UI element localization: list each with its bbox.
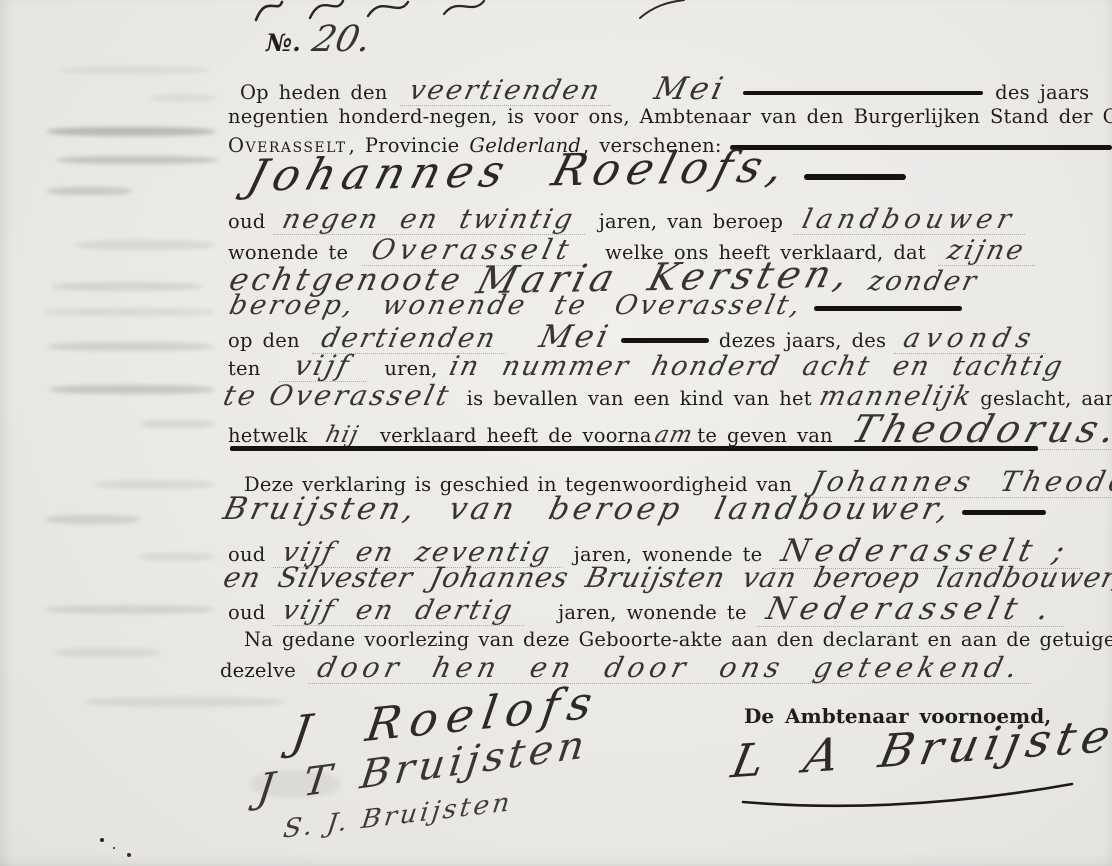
fillin-child-name: Theodorus. <box>843 410 1112 450</box>
printed-fragment: jaren, wonende te <box>558 601 747 624</box>
bleedthrough-smudge <box>45 515 140 524</box>
printed-fragment: oud <box>228 210 265 233</box>
filler-dash <box>814 306 962 311</box>
bleedthrough-smudge <box>140 420 215 428</box>
bleedthrough-smudge <box>50 385 215 394</box>
handwritten-birth-month: Mei <box>537 322 615 353</box>
line-date-intro: Op heden den veertienden Mei des jaars <box>240 74 1089 106</box>
line-closing-1: Na gedane voorlezing van deze Geboorte-a… <box>244 628 1112 651</box>
handwritten-pronoun: hij <box>323 424 361 447</box>
printed-fragment: jaren, van beroep <box>599 210 783 233</box>
line-birth-hour-house: ten vijf uren, in nummer honderd acht en… <box>228 352 1063 382</box>
handwritten-daypart: avonds <box>901 325 1039 352</box>
handwritten-age: negen en twintig <box>280 206 578 233</box>
filler-dash <box>743 91 983 95</box>
separator-rule <box>230 446 1038 451</box>
handwritten-profession: landbouwer <box>800 206 1019 233</box>
fillin-hour: vijf <box>279 352 367 382</box>
printed-fragment: Na gedane voorlezing van deze Geboorte-a… <box>244 628 1112 651</box>
printed-fragment: des jaars <box>995 81 1089 104</box>
fillin-signed-clause: door hen en door ons geteekend. <box>308 654 1031 684</box>
handwritten-residence: Nederasselt . <box>763 594 1057 625</box>
handwritten-signed-clause: door hen en door ons geteekend. <box>315 654 1025 682</box>
bleedthrough-smudge <box>52 282 202 291</box>
printed-fragment: hetwelk <box>228 424 308 447</box>
handwritten-house-number: in nummer honderd acht en tachtig <box>446 353 1066 380</box>
bleedthrough-smudge <box>47 187 132 195</box>
line-witness1-profession: Bruijsten, van beroep landbouwer, <box>224 494 1046 525</box>
line-year-officer: negentien honderd-negen, is voor ons, Am… <box>228 105 1112 128</box>
handwritten-gender: mannelijk <box>817 383 976 410</box>
line-wife-residence: beroep, wonende te Overasselt, <box>230 292 962 319</box>
bleedthrough-smudge <box>45 308 215 316</box>
fillin-witness2-age: vijf en dertig <box>273 597 524 626</box>
bleedthrough-smudge <box>48 342 213 351</box>
act-number: №. 20. <box>266 22 370 58</box>
printed-fragment: ten <box>228 357 261 380</box>
handwritten-insert: am <box>652 424 695 447</box>
line-closing-2: dezelve door hen en door ons geteekend. <box>220 654 1031 684</box>
line-witness2: en Silvester Johannes Bruijsten van bero… <box>224 564 1112 592</box>
printed-fragment: negentien honderd-negen, is voor ons, Am… <box>228 105 1112 128</box>
printed-fragment: dezelve <box>220 659 296 682</box>
printed-fragment: op den <box>228 329 300 352</box>
handwritten-witness2-name: en Silvester Johannes Bruijsten van bero… <box>221 564 1112 592</box>
ink-speckles <box>100 838 104 842</box>
filler-dash <box>962 510 1046 515</box>
handwritten-declarant-name: Johannes Roelofs, <box>243 145 796 198</box>
fillin-witness2-residence: Nederasselt . <box>757 594 1064 627</box>
bleedthrough-smudge <box>150 94 215 102</box>
handwritten-birth-day: dertienden <box>319 325 500 352</box>
printed-fragment: oud <box>228 601 265 624</box>
bleedthrough-smudge <box>85 697 285 707</box>
printed-fragment: te geven van <box>697 424 833 447</box>
handwritten-age: vijf en dertig <box>280 597 517 624</box>
fillin-day: veertienden <box>400 77 611 106</box>
printed-fragment: dezes jaars, des <box>719 329 886 352</box>
fillin-age: negen en twintig <box>273 206 584 235</box>
printed-fragment: uren, <box>384 357 437 380</box>
printed-fragment: is bevallen van een kind van het <box>467 387 812 410</box>
fillin-profession: landbouwer <box>793 206 1025 235</box>
printed-fragment: verklaard heeft de voorna <box>380 424 652 447</box>
handwritten-fragment: zonder <box>866 268 981 295</box>
bleedthrough-smudge <box>45 605 215 614</box>
act-number-value: 20. <box>309 22 375 58</box>
handwritten-fragment: Bruijsten, van beroep landbouwer, <box>220 494 955 525</box>
bleedthrough-smudge <box>60 66 210 74</box>
line-declarant-name: Johannes Roelofs, <box>250 150 906 194</box>
bleedthrough-smudge <box>140 553 215 561</box>
line-declarant-age: oud negen en twintig jaren, van beroep l… <box>228 206 1025 235</box>
fillin-daypart: avonds <box>894 325 1046 354</box>
handwritten-month: Mei <box>651 74 729 105</box>
handwritten-day: veertienden <box>406 77 603 104</box>
bleedthrough-smudge <box>75 240 215 250</box>
handwritten-hour: vijf <box>291 352 353 380</box>
bleedthrough-smudge <box>95 480 215 489</box>
bleedthrough-smudge <box>55 648 160 657</box>
filler-dash <box>621 338 709 343</box>
filler-dash <box>804 174 906 180</box>
handwritten-fragment: beroep, wonende te Overasselt, <box>227 292 806 319</box>
printed-fragment: Op heden den <box>240 81 388 104</box>
birth-certificate-page: №. 20. Op heden den veertienden Mei des … <box>0 0 1112 866</box>
line-witness2-age: oud vijf en dertig jaren, wonende te Ned… <box>228 594 1064 627</box>
line-birth-place-gender: te Overasselt is bevallen van een kind v… <box>224 382 1112 410</box>
handwritten-child-name: Theodorus. <box>847 410 1112 448</box>
line-child-name: hetwelk hij verklaard heeft de voorna am… <box>228 410 1112 450</box>
officer-underline-flourish <box>735 768 1080 816</box>
bleedthrough-smudge <box>47 127 215 136</box>
handwritten-birth-place: te Overasselt <box>221 382 454 410</box>
cutoff-signature-strokes <box>248 0 688 22</box>
act-number-label: №. <box>266 28 301 57</box>
bleedthrough-smudge <box>57 156 217 164</box>
